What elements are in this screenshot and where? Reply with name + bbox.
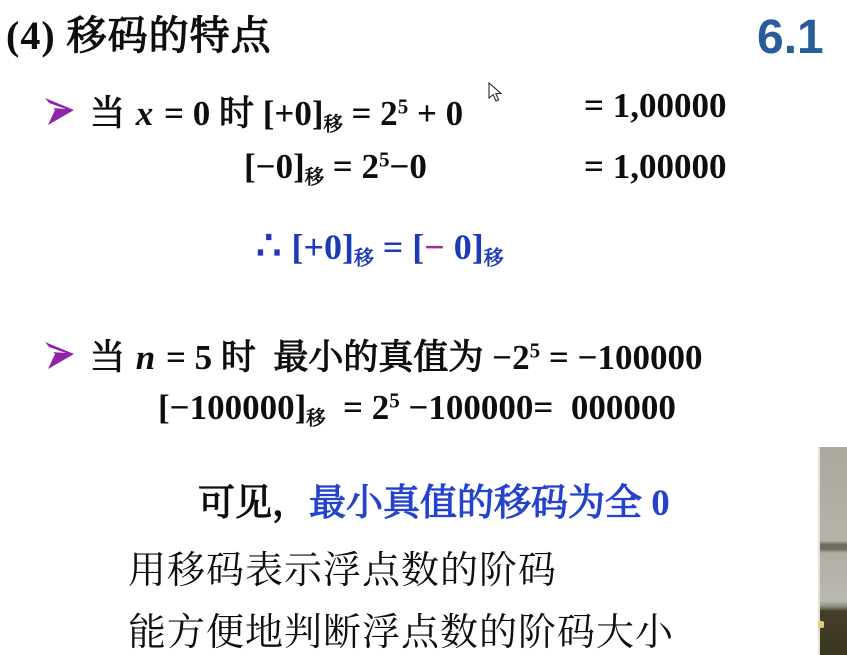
concl-eq: = [ (374, 227, 425, 267)
concl-a: [+0] (291, 227, 354, 267)
l2-minus: −0 (389, 147, 426, 186)
l2-sub-yi: 移 (305, 167, 324, 188)
bullet2-line: 当 n = 5 时 最小的真值为 −25 = −100000 (0, 330, 847, 380)
b2-result: = −100000 (540, 338, 702, 377)
therefore-symbol: ∴ (256, 223, 281, 268)
observation-prefix: 可见， (198, 483, 309, 524)
observation-highlight: 最小真值的移码为全 0 (309, 483, 670, 524)
formula-neg-zero-line: [−0]移 = 25−0 = 1,00000 (0, 147, 847, 189)
conclusion-line: ∴[+0]移 = [− 0]移 (0, 222, 847, 271)
note-line-1-text: 用移码表示浮点数的阶码 (128, 550, 557, 592)
arrow-right-icon (44, 96, 76, 136)
note-line-2-text: 能方便地判断浮点数的阶码大小 (128, 612, 674, 654)
section-number: 6.1 (757, 10, 824, 65)
formula-min-value-line: [−100000]移 = 25 −100000= 000000 (0, 388, 847, 430)
b1-var-x: x (134, 94, 156, 133)
l5-bracket: [−100000] (158, 388, 306, 427)
l2-exp: 5 (379, 147, 390, 171)
b2-exp: 5 (530, 338, 541, 362)
l2-eq: = 2 (324, 147, 379, 186)
b1-result: = 1,00000 (584, 86, 726, 126)
b1-dang: 当 (90, 94, 134, 133)
l5-eq: = 2 (326, 388, 390, 427)
b1-plus: + 0 (408, 94, 463, 133)
b2-var-n: n (134, 338, 157, 377)
concl-b: 0] (445, 227, 484, 267)
b2-cond: = 5 时 最小的真值为 −2 (157, 338, 529, 377)
arrow-right-icon (44, 340, 76, 380)
observation-line: 可见，最小真值的移码为全 0 (0, 472, 847, 526)
b1-eq: = 2 (343, 94, 398, 133)
l5-exp: 5 (389, 388, 400, 412)
webcam-highlight-dot (818, 621, 824, 628)
lecture-slide: (4) 移码的特点 6.1 当 x = 0 时 [+0]移 = 25 + 0 =… (0, 0, 847, 655)
b1-cond: = 0 时 (155, 94, 262, 133)
l2-bracket: [−0] (244, 147, 305, 186)
note-line-1: 用移码表示浮点数的阶码 (0, 539, 847, 594)
l2-result: = 1,00000 (584, 147, 726, 187)
l5-sub: −100000= (400, 388, 554, 427)
l5-result: 000000 (553, 388, 676, 427)
concl-minus: − (424, 227, 445, 267)
b1-exp: 5 (398, 94, 409, 118)
b1-bracket: [+0] (263, 94, 324, 133)
mouse-pointer-icon (487, 82, 505, 109)
concl-sub-b: 移 (484, 248, 504, 270)
note-line-2: 能方便地判断浮点数的阶码大小 (0, 601, 847, 655)
concl-sub-a: 移 (354, 248, 374, 270)
bullet1-line: 当 x = 0 时 [+0]移 = 25 + 0 = 1,00000 (0, 86, 847, 136)
b2-dang: 当 (90, 338, 134, 377)
l5-sub-yi: 移 (306, 408, 325, 429)
page-title: (4) 移码的特点 (6, 4, 272, 61)
b1-sub-yi: 移 (323, 114, 342, 135)
